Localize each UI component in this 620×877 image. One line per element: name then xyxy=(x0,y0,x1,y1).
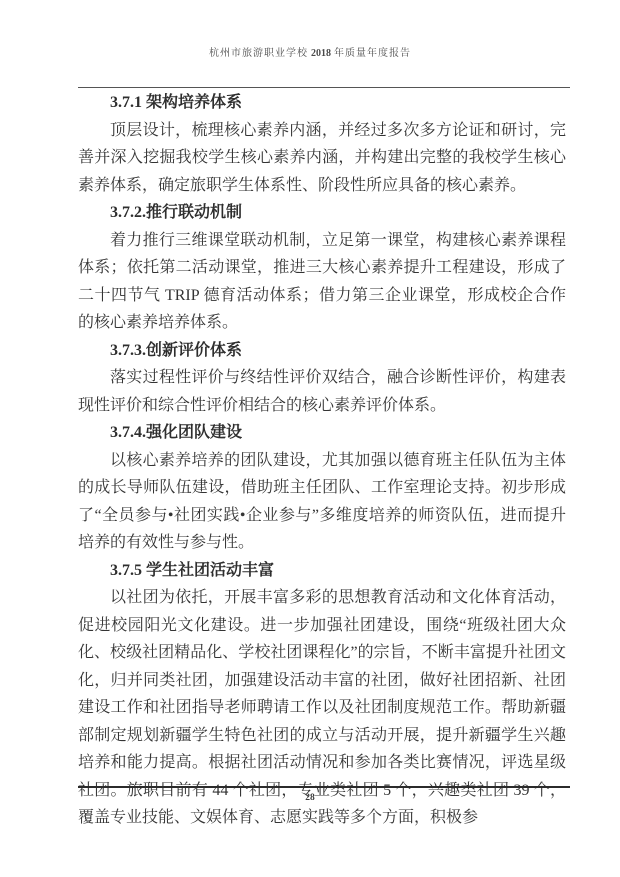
section-heading-3-7-3: 3.7.3.创新评价体系 xyxy=(78,337,566,365)
section-paragraph-3-7-4: 以核心素养培养的团队建设，尤其加强以德育班主任队伍为主体的成长导师队伍建设，借助… xyxy=(78,447,566,557)
section-paragraph-3-7-1: 顶层设计，梳理核心素养内涵，并经过多次多方论证和研讨，完善并深入挖掘我校学生核心… xyxy=(78,117,566,200)
header-year: 2018 xyxy=(311,48,331,59)
header-report-title: 年质量年度报告 xyxy=(334,48,411,59)
section-heading-3-7-1: 3.7.1 架构培养体系 xyxy=(78,89,566,117)
document-page: 杭州市旅游职业学校2018年质量年度报告 3.7.1 架构培养体系 顶层设计，梳… xyxy=(0,0,620,877)
section-heading-3-7-5: 3.7.5 学生社团活动丰富 xyxy=(78,557,566,585)
section-heading-3-7-2: 3.7.2.推行联动机制 xyxy=(78,199,566,227)
section-paragraph-3-7-2: 着力推行三维课堂联动机制，立足第一课堂，构建核心素养课程体系；依托第二活动课堂，… xyxy=(78,227,566,337)
section-heading-3-7-4: 3.7.4.强化团队建设 xyxy=(78,419,566,447)
section-paragraph-3-7-3: 落实过程性评价与终结性评价双结合，融合诊断性评价，构建表现性评价和综合性评价相结… xyxy=(78,364,566,419)
running-header: 杭州市旅游职业学校2018年质量年度报告 xyxy=(0,44,620,59)
document-body: 3.7.1 架构培养体系 顶层设计，梳理核心素养内涵，并经过多次多方论证和研讨，… xyxy=(78,89,566,832)
footer-rule xyxy=(78,786,570,788)
page-number: 28 xyxy=(0,793,620,803)
header-school-name: 杭州市旅游职业学校 xyxy=(209,48,308,59)
header-rule xyxy=(78,87,570,88)
